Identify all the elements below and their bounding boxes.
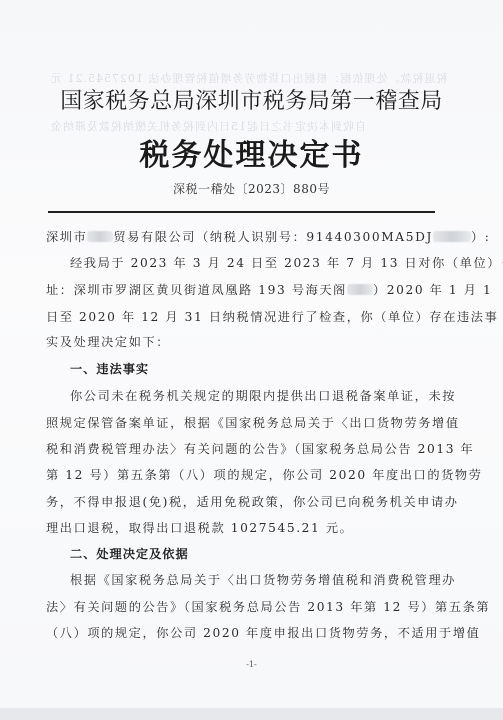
addressee-end: ）:	[471, 230, 491, 244]
page-edge	[0, 708, 503, 720]
paragraph-line: 理出口退税，取得出口退税款 1027545.21 元。	[46, 520, 456, 536]
page-number: -1-	[0, 660, 503, 669]
paragraph-line: 你公司未在税务机关规定的期限内提供出口退税备案单证，未按	[70, 388, 456, 404]
period-start: ）2020 年 1 月 1	[373, 283, 492, 297]
paragraph-line: 法〉有关问题的公告》（国家税务总局公告 2013 年第 12 号）第五条第	[46, 599, 456, 615]
paragraph-line: 根据《国家税务总局关于〈出口货物劳务增值税和消费税管理办	[70, 572, 456, 588]
addressee-company: 贸易有限公司（纳税人识别号：91440300MA5DJ	[113, 230, 433, 244]
paragraph-line: 经我局于 2023 年 3 月 24 日至 2023 年 7 月 13 日对你（…	[70, 255, 456, 271]
header-divider	[48, 211, 435, 213]
redacted-address	[347, 284, 373, 295]
redacted-company-name	[87, 231, 113, 242]
section-heading-facts: 一、违法事实	[70, 361, 456, 377]
paragraph-line: 税和消费税管理办法〉有关问题的公告》（国家税务总局公告 2013 年	[46, 441, 456, 457]
paragraph-line: （八）项的规定，你公司 2020 年度申报出口货物劳务，不适用于增值	[46, 625, 456, 641]
section-heading-decision: 二、处理决定及依据	[70, 546, 456, 562]
addressee-prefix: 深圳市	[46, 230, 87, 244]
document-page: 税退税款。处理依据：根据出口货物劳务增值税管理办法 1027545.21 元 自…	[0, 0, 503, 708]
address-text: 址：深圳市罗湖区黄贝街道凤凰路 193 号海天阁	[46, 283, 347, 297]
document-number: 深税一稽处〔2023〕880号	[0, 180, 503, 197]
issuing-authority: 国家税务总局深圳市税务局第一稽查局	[0, 84, 503, 115]
paragraph-line: 日至 2020 年 12 月 31 日纳税情况进行了检查，你（单位）存在违法事	[46, 309, 456, 325]
redacted-taxpayer-id	[433, 231, 471, 242]
paragraph-line: 实及处理决定如下：	[46, 334, 456, 350]
paragraph-line: 照规定保管备案单证，根据《国家税务总局关于〈出口货物劳务增值	[46, 415, 456, 431]
addressee-line: 深圳市贸易有限公司（纳税人识别号：91440300MA5DJ）:	[46, 229, 456, 245]
document-title: 税务处理决定书	[0, 130, 503, 174]
paragraph-line: 址：深圳市罗湖区黄贝街道凤凰路 193 号海天阁）2020 年 1 月 1	[46, 282, 456, 298]
paragraph-line: 务，不得申报退(免)税，适用免税政策，你公司已向税务机关申请办	[46, 494, 456, 510]
paragraph-line: 第 12 号）第五条第（八）项的规定，你公司 2020 年度出口的货物劳	[46, 467, 456, 483]
